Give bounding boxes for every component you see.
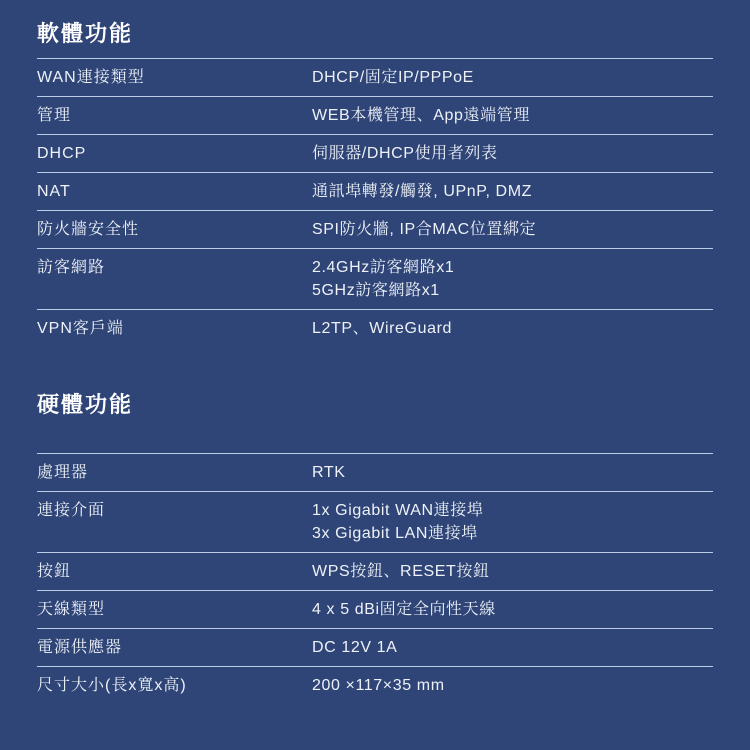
- spec-value-line: 3x Gigabit LAN連接埠: [312, 522, 713, 545]
- spec-value: WEB本機管理、App遠端管理: [312, 104, 713, 127]
- spec-value: L2TP、WireGuard: [312, 317, 713, 340]
- table-row: WAN連接類型 DHCP/固定IP/PPPoE: [37, 58, 713, 96]
- spec-value: 2.4GHz訪客網路x1 5GHz訪客網路x1: [312, 256, 713, 302]
- spec-value: 1x Gigabit WAN連接埠 3x Gigabit LAN連接埠: [312, 499, 713, 545]
- spec-label: VPN客戶端: [37, 317, 312, 340]
- spec-label: WAN連接類型: [37, 66, 312, 89]
- table-row: 按鈕 WPS按鈕、RESET按鈕: [37, 552, 713, 590]
- spec-label: 防火牆安全性: [37, 218, 312, 241]
- table-row: 處理器 RTK: [37, 453, 713, 491]
- spec-value: 伺服器/DHCP使用者列表: [312, 142, 713, 165]
- section-software-features: 軟體功能 WAN連接類型 DHCP/固定IP/PPPoE 管理 WEB本機管理、…: [37, 20, 713, 347]
- table-row: 連接介面 1x Gigabit WAN連接埠 3x Gigabit LAN連接埠: [37, 491, 713, 552]
- spec-label: DHCP: [37, 142, 312, 165]
- spec-value-line: RTK: [312, 461, 713, 484]
- spec-value-line: SPI防火牆, IP合MAC位置綁定: [312, 218, 713, 241]
- section-hardware-features: 硬體功能 處理器 RTK 連接介面 1x Gigabit WAN連接埠 3x G…: [37, 391, 713, 704]
- spec-value: 4 x 5 dBi固定全向性天線: [312, 598, 713, 621]
- spec-label: 天線類型: [37, 598, 312, 621]
- spec-label: 按鈕: [37, 560, 312, 583]
- software-spec-table: WAN連接類型 DHCP/固定IP/PPPoE 管理 WEB本機管理、App遠端…: [37, 58, 713, 347]
- spec-value-line: L2TP、WireGuard: [312, 317, 713, 340]
- table-row: DHCP 伺服器/DHCP使用者列表: [37, 134, 713, 172]
- spec-value-line: 5GHz訪客網路x1: [312, 279, 713, 302]
- spec-value-line: DC 12V 1A: [312, 636, 713, 659]
- spec-value-line: 2.4GHz訪客網路x1: [312, 256, 713, 279]
- spec-value-line: WPS按鈕、RESET按鈕: [312, 560, 713, 583]
- spec-value-line: 通訊埠轉發/觸發, UPnP, DMZ: [312, 180, 713, 203]
- spec-value: RTK: [312, 461, 713, 484]
- spec-label: 管理: [37, 104, 312, 127]
- spec-value-line: 1x Gigabit WAN連接埠: [312, 499, 713, 522]
- spec-value: 200 ×117×35 mm: [312, 674, 713, 697]
- spec-value-line: 4 x 5 dBi固定全向性天線: [312, 598, 713, 621]
- table-row: 訪客網路 2.4GHz訪客網路x1 5GHz訪客網路x1: [37, 248, 713, 309]
- table-row: 尺寸大小(長x寬x高) 200 ×117×35 mm: [37, 666, 713, 704]
- spec-label: 連接介面: [37, 499, 312, 522]
- spec-label: 訪客網路: [37, 256, 312, 279]
- table-row: 天線類型 4 x 5 dBi固定全向性天線: [37, 590, 713, 628]
- spec-value: WPS按鈕、RESET按鈕: [312, 560, 713, 583]
- spec-label: 處理器: [37, 461, 312, 484]
- spec-value: 通訊埠轉發/觸發, UPnP, DMZ: [312, 180, 713, 203]
- table-row: 電源供應器 DC 12V 1A: [37, 628, 713, 666]
- spec-value-line: 200 ×117×35 mm: [312, 674, 713, 697]
- spec-sheet: 軟體功能 WAN連接類型 DHCP/固定IP/PPPoE 管理 WEB本機管理、…: [0, 0, 750, 750]
- section-title: 硬體功能: [37, 391, 713, 419]
- spec-value: SPI防火牆, IP合MAC位置綁定: [312, 218, 713, 241]
- table-row: 管理 WEB本機管理、App遠端管理: [37, 96, 713, 134]
- table-row: 防火牆安全性 SPI防火牆, IP合MAC位置綁定: [37, 210, 713, 248]
- section-title: 軟體功能: [37, 20, 713, 48]
- spec-label: 尺寸大小(長x寬x高): [37, 674, 312, 697]
- hardware-spec-table: 處理器 RTK 連接介面 1x Gigabit WAN連接埠 3x Gigabi…: [37, 453, 713, 704]
- table-row: VPN客戶端 L2TP、WireGuard: [37, 309, 713, 347]
- spec-label: NAT: [37, 180, 312, 203]
- spec-value-line: DHCP/固定IP/PPPoE: [312, 66, 713, 89]
- table-row: NAT 通訊埠轉發/觸發, UPnP, DMZ: [37, 172, 713, 210]
- spec-value: DHCP/固定IP/PPPoE: [312, 66, 713, 89]
- spec-value-line: WEB本機管理、App遠端管理: [312, 104, 713, 127]
- spec-value-line: 伺服器/DHCP使用者列表: [312, 142, 713, 165]
- spec-label: 電源供應器: [37, 636, 312, 659]
- spec-value: DC 12V 1A: [312, 636, 713, 659]
